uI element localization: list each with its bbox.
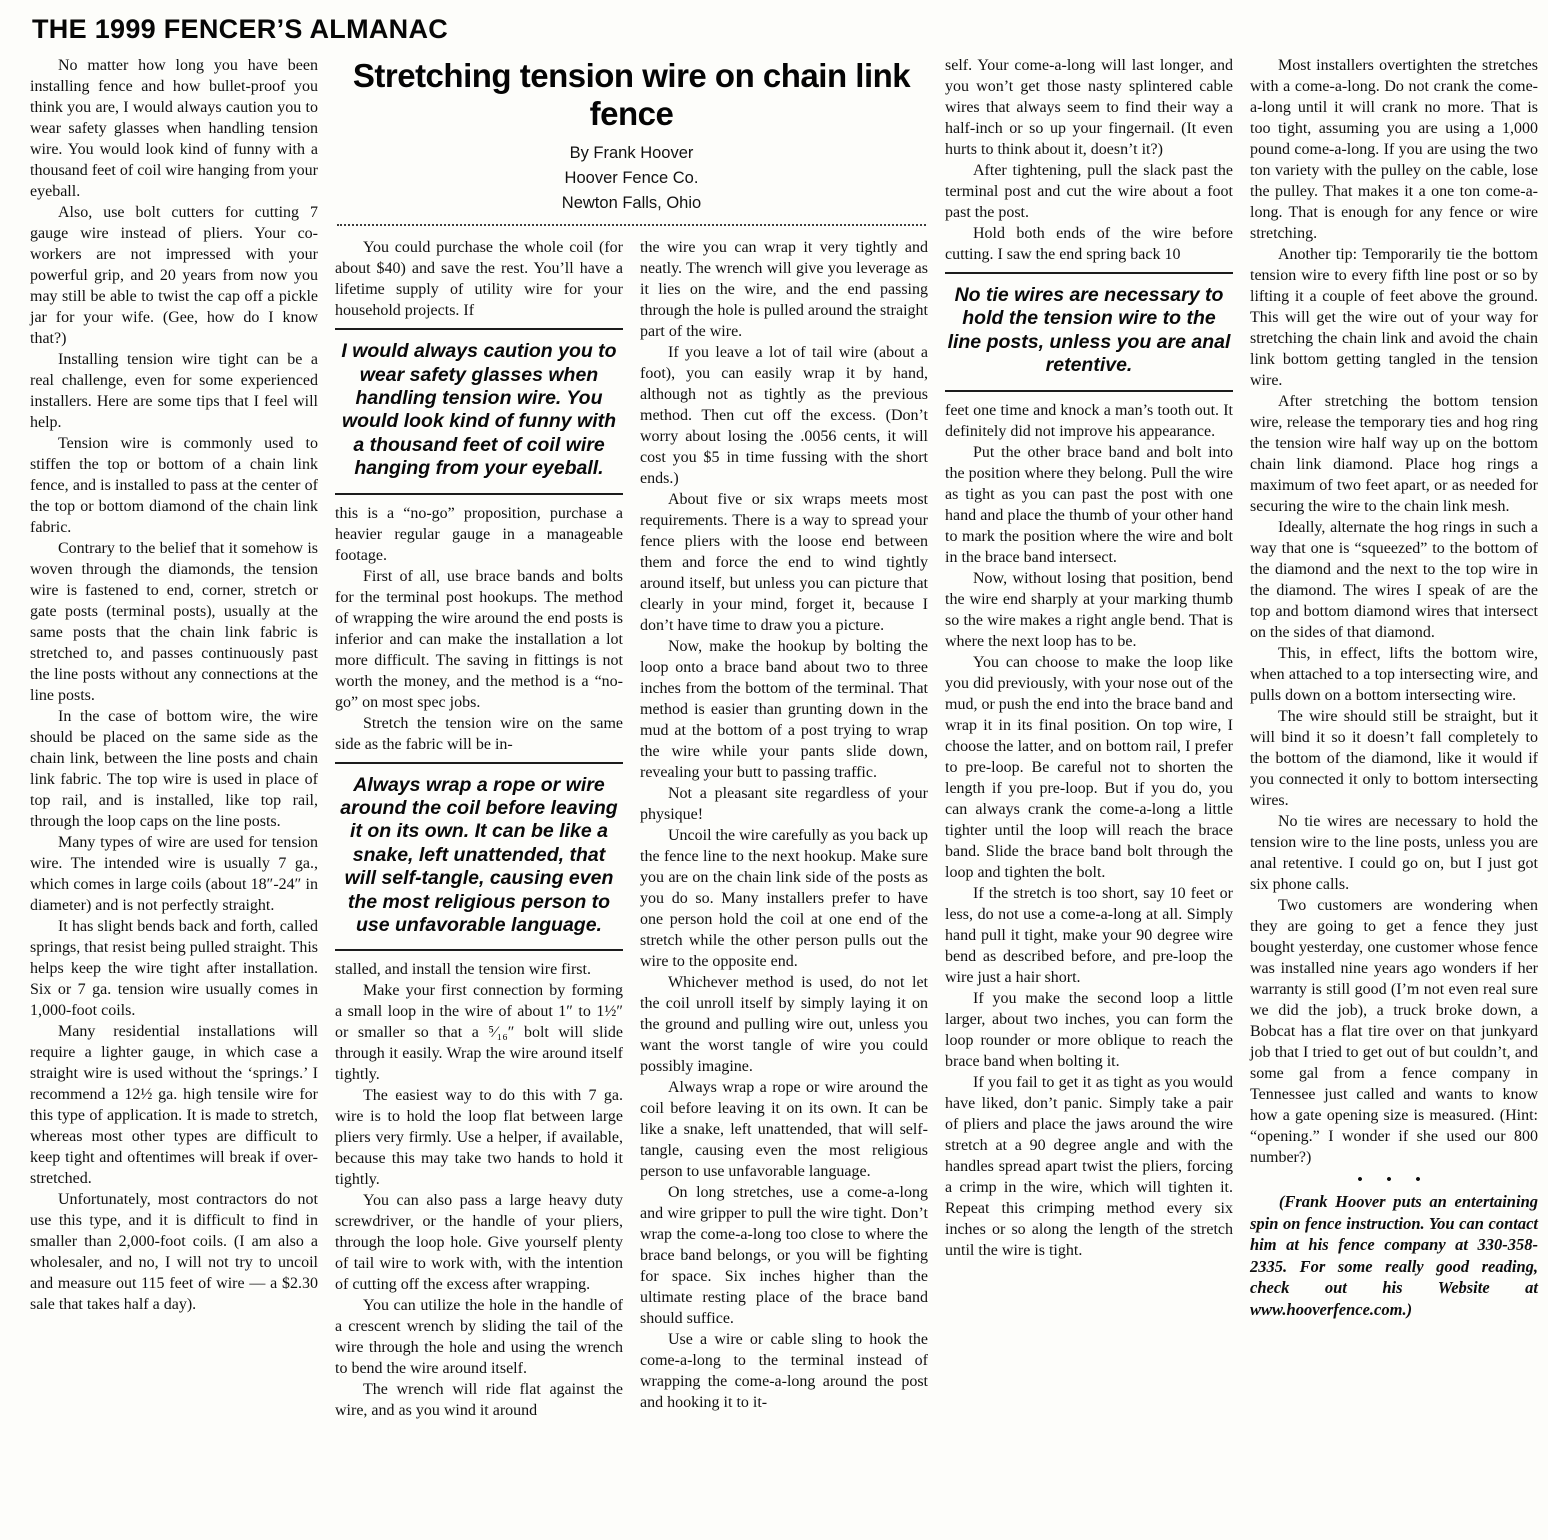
body-paragraph: Many residential installations will requ… [30, 1021, 318, 1189]
body-paragraph: If the stretch is too short, say 10 feet… [945, 883, 1233, 988]
almanac-page: THE 1999 FENCER’S ALMANAC No matter how … [0, 0, 1548, 1540]
author-bio: (Frank Hoover puts an entertaining spin … [1250, 1191, 1538, 1320]
body-paragraph: If you leave a lot of tail wire (about a… [640, 342, 928, 489]
article-column-5: Most installers overtighten the stretche… [1250, 55, 1538, 1320]
pull-quote: I would always caution you to wear safet… [335, 328, 623, 494]
body-paragraph: It has slight bends back and forth, call… [30, 916, 318, 1021]
article-columns: No matter how long you have been install… [30, 55, 1538, 1421]
article-column-4: self. Your come-a-long will last longer,… [945, 55, 1233, 1261]
body-paragraph: On long stretches, use a come-a-long and… [640, 1182, 928, 1329]
body-paragraph: In the case of bottom wire, the wire sho… [30, 706, 318, 832]
body-paragraph: stalled, and install the tension wire fi… [335, 959, 623, 980]
body-paragraph: This, in effect, lifts the bottom wire, … [1250, 643, 1538, 706]
body-paragraph: Unfortunately, most contractors do not u… [30, 1189, 318, 1315]
separator-dots: • • • [1250, 1172, 1538, 1189]
body-paragraph: Put the other brace band and bolt into t… [945, 442, 1233, 568]
body-paragraph: Not a pleasant site regardless of your p… [640, 783, 928, 825]
body-paragraph: You can choose to make the loop like you… [945, 652, 1233, 883]
body-paragraph: Stretch the tension wire on the same sid… [335, 713, 623, 755]
article-column-3: the wire you can wrap it very tightly an… [640, 237, 928, 1421]
article-middle-columns: You could purchase the whole coil (for a… [335, 237, 928, 1421]
body-paragraph: You can utilize the hole in the handle o… [335, 1295, 623, 1379]
body-paragraph: The easiest way to do this with 7 ga. wi… [335, 1085, 623, 1190]
article-headline: Stretching tension wire on chain link fe… [335, 57, 928, 133]
body-paragraph: Many types of wire are used for tension … [30, 832, 318, 916]
body-paragraph: If you fail to get it as tight as you wo… [945, 1072, 1233, 1261]
body-paragraph: Tension wire is commonly used to stiffen… [30, 433, 318, 538]
almanac-masthead-title: THE 1999 FENCER’S ALMANAC [32, 14, 1538, 45]
article-column-1: No matter how long you have been install… [30, 55, 318, 1315]
byline-dotted-rule [337, 224, 926, 226]
body-paragraph: Always wrap a rope or wire around the co… [640, 1077, 928, 1182]
body-paragraph: If you make the second loop a little lar… [945, 988, 1233, 1072]
body-paragraph: this is a “no-go” proposition, purchase … [335, 503, 623, 566]
body-paragraph: First of all, use brace bands and bolts … [335, 566, 623, 713]
body-paragraph: The wire should still be straight, but i… [1250, 706, 1538, 811]
body-paragraph: After stretching the bottom tension wire… [1250, 391, 1538, 517]
byline-author: By Frank Hoover [335, 141, 928, 166]
pull-quote: No tie wires are necessary to hold the t… [945, 272, 1233, 392]
body-paragraph: You could purchase the whole coil (for a… [335, 237, 623, 321]
body-paragraph: Whichever method is used, do not let the… [640, 972, 928, 1077]
article-middle-section: Stretching tension wire on chain link fe… [335, 55, 928, 1421]
body-paragraph: No tie wires are necessary to hold the t… [1250, 811, 1538, 895]
body-paragraph: No matter how long you have been install… [30, 55, 318, 202]
article-byline: By Frank Hoover Hoover Fence Co. Newton … [335, 141, 928, 215]
body-paragraph: About five or six wraps meets most requi… [640, 489, 928, 636]
body-paragraph: Another tip: Temporarily tie the bottom … [1250, 244, 1538, 391]
body-paragraph: the wire you can wrap it very tightly an… [640, 237, 928, 342]
body-paragraph: After tightening, pull the slack past th… [945, 160, 1233, 223]
body-paragraph: Most installers overtighten the stretche… [1250, 55, 1538, 244]
body-paragraph: Installing tension wire tight can be a r… [30, 349, 318, 433]
pull-quote: Always wrap a rope or wire around the co… [335, 762, 623, 952]
body-paragraph: Contrary to the belief that it somehow i… [30, 538, 318, 706]
body-paragraph: Hold both ends of the wire before cuttin… [945, 223, 1233, 265]
body-paragraph: Ideally, alternate the hog rings in such… [1250, 517, 1538, 643]
byline-company: Hoover Fence Co. [335, 166, 928, 191]
body-paragraph: feet one time and knock a man’s tooth ou… [945, 400, 1233, 442]
body-paragraph: Make your first connection by forming a … [335, 980, 623, 1085]
body-paragraph: Use a wire or cable sling to hook the co… [640, 1329, 928, 1413]
body-paragraph: Now, make the hookup by bolting the loop… [640, 636, 928, 783]
body-paragraph: Two customers are wondering when they ar… [1250, 895, 1538, 1168]
body-paragraph: self. Your come-a-long will last longer,… [945, 55, 1233, 160]
body-paragraph: Uncoil the wire carefully as you back up… [640, 825, 928, 972]
body-paragraph: Also, use bolt cutters for cutting 7 gau… [30, 202, 318, 349]
body-paragraph: You can also pass a large heavy duty scr… [335, 1190, 623, 1295]
body-paragraph: The wrench will ride flat against the wi… [335, 1379, 623, 1421]
body-paragraph: Now, without losing that position, bend … [945, 568, 1233, 652]
article-column-2: You could purchase the whole coil (for a… [335, 237, 623, 1421]
byline-location: Newton Falls, Ohio [335, 191, 928, 216]
